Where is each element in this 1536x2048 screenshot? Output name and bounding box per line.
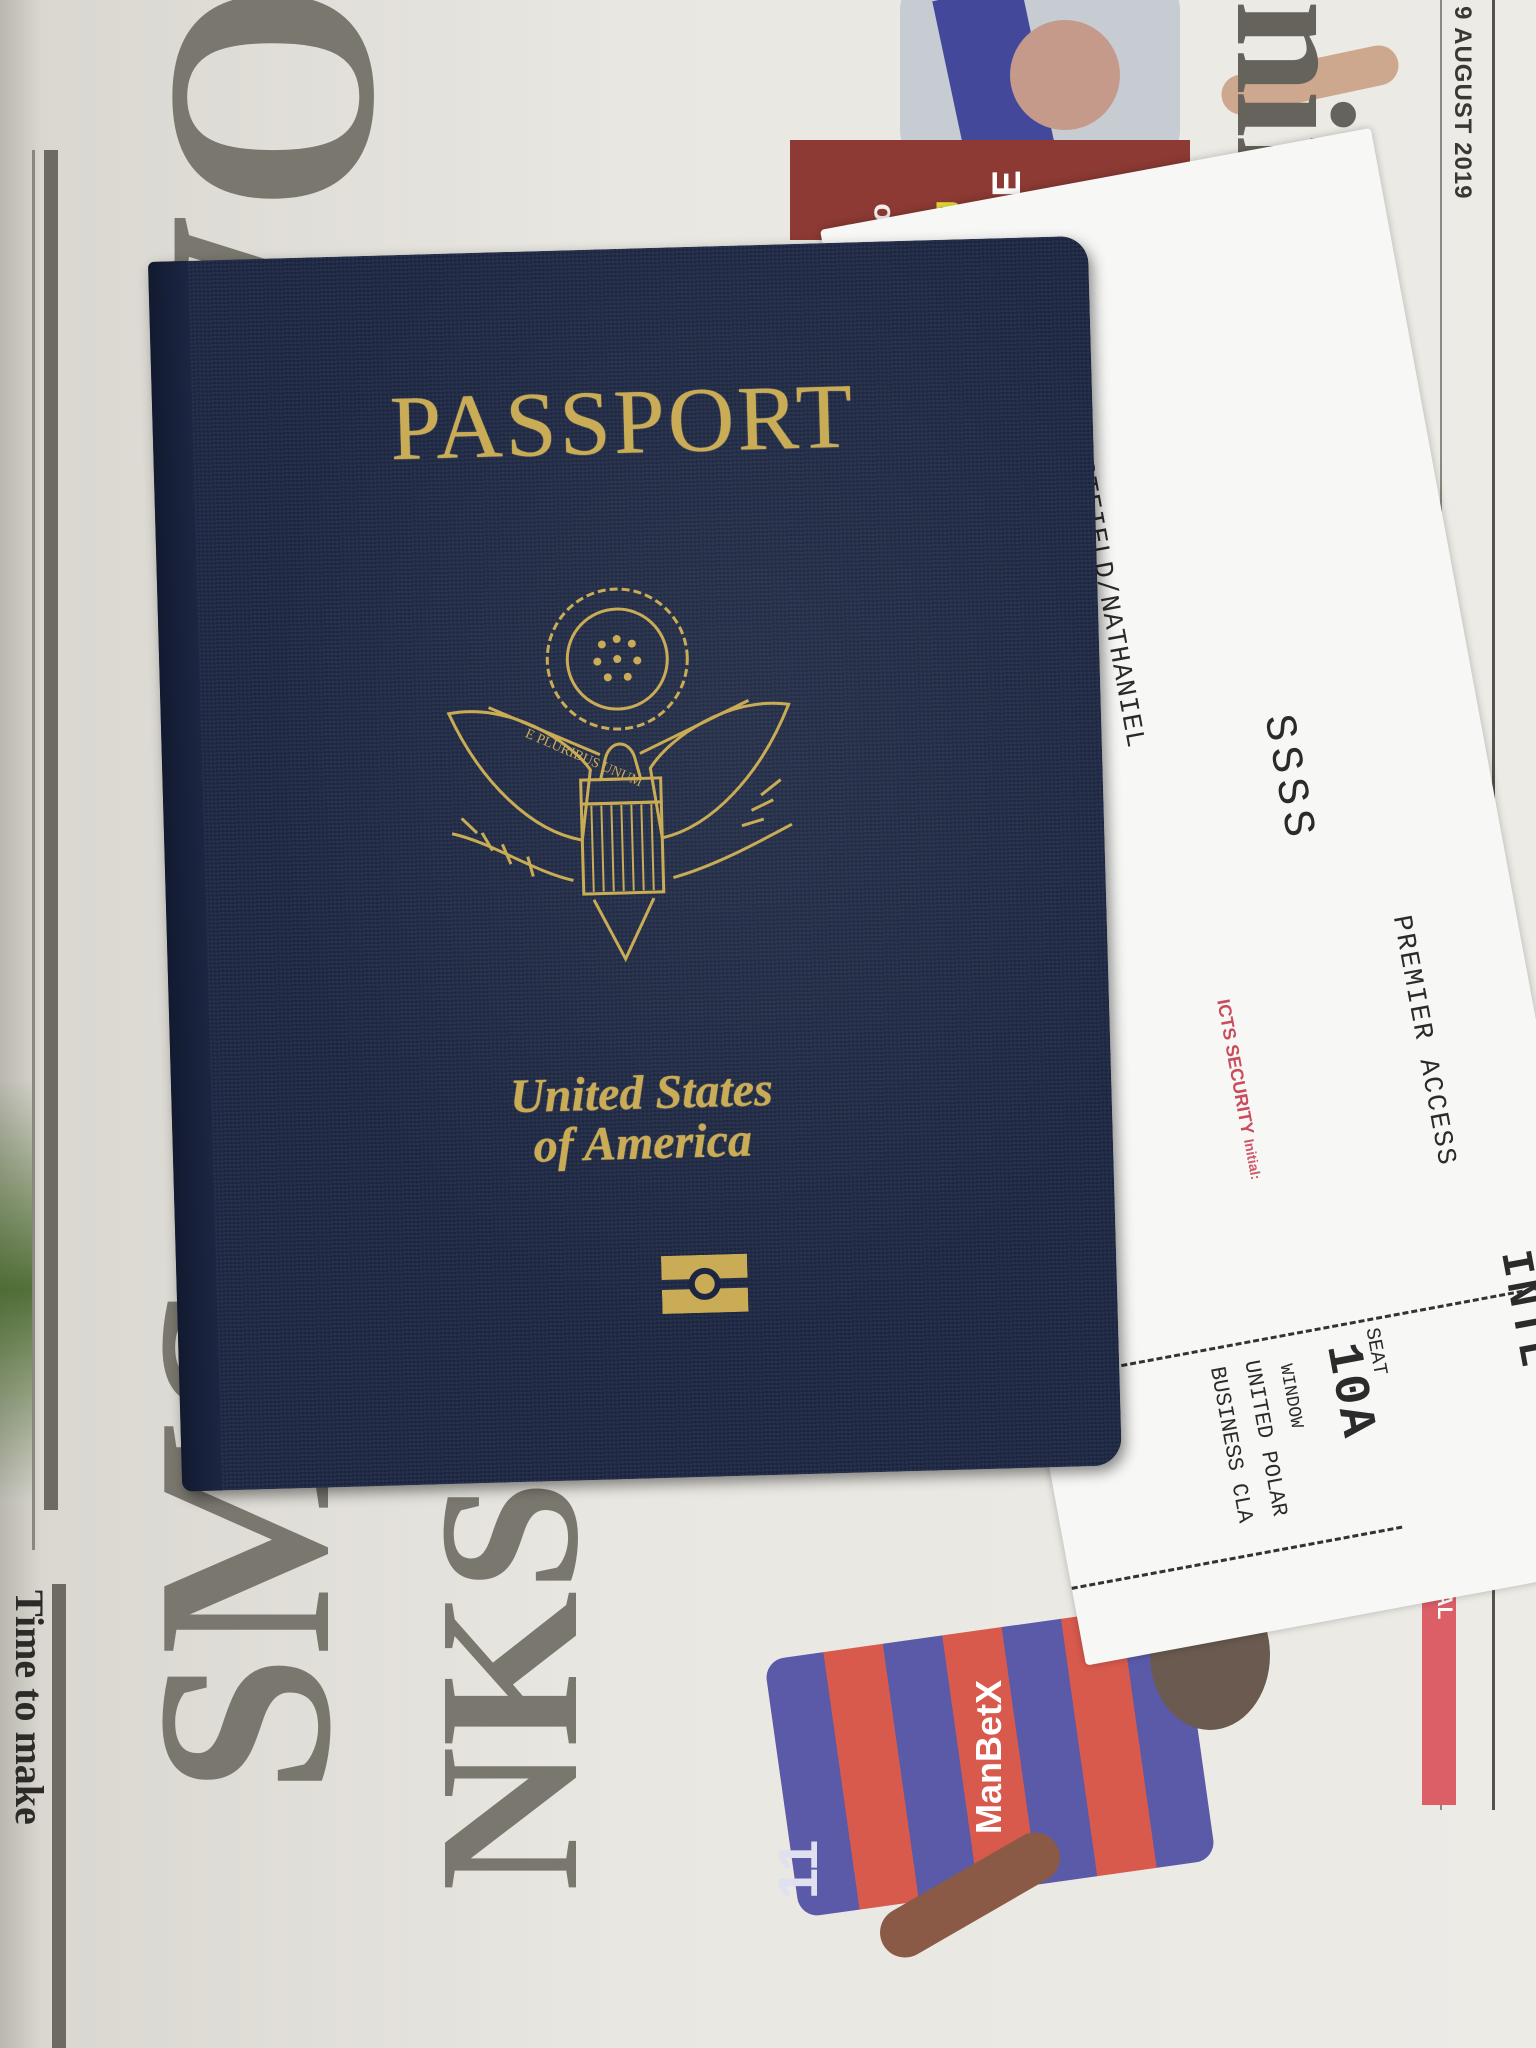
jersey-sponsor: ManBetX — [968, 1680, 1010, 1834]
ssss-flag: SSSS — [1251, 710, 1324, 847]
biometric-chip-icon — [661, 1254, 749, 1314]
newspaper-rule — [52, 1584, 66, 2048]
background-table-tint — [0, 1080, 34, 1500]
route-type: INTL — [1488, 1246, 1536, 1375]
priority-label: PREMIER ACCESS — [1385, 913, 1461, 1169]
passport-country: United States of America — [171, 1055, 1113, 1182]
passport: PASSPORT — [148, 236, 1122, 1492]
security-stamp-label: ICTS SECURITY — [1213, 998, 1258, 1136]
passport-title: PASSPORT — [151, 356, 1094, 488]
jersey-number: 11 — [765, 1840, 830, 1899]
security-stamp-sub: Initial: — [1241, 1138, 1264, 1181]
great-seal-eagle-icon: E PLURIBUS UNUM — [425, 574, 816, 984]
headline-fragment: NKS — [410, 1480, 610, 1891]
perforation-line — [1071, 1526, 1402, 1590]
seat-type: WINDOW — [1275, 1363, 1306, 1430]
dateline: 9 AUGUST 2019 — [1448, 6, 1476, 200]
security-stamp: ICTS SECURITY Initial: — [1212, 998, 1266, 1182]
photo-scene: WO SMS NKS Time to make » Fo J NE ning S… — [0, 0, 1536, 2048]
newspaper-rule — [32, 150, 35, 1550]
subhead-fragment: Time to make — [6, 1590, 53, 1825]
newspaper-rule — [44, 150, 58, 1510]
